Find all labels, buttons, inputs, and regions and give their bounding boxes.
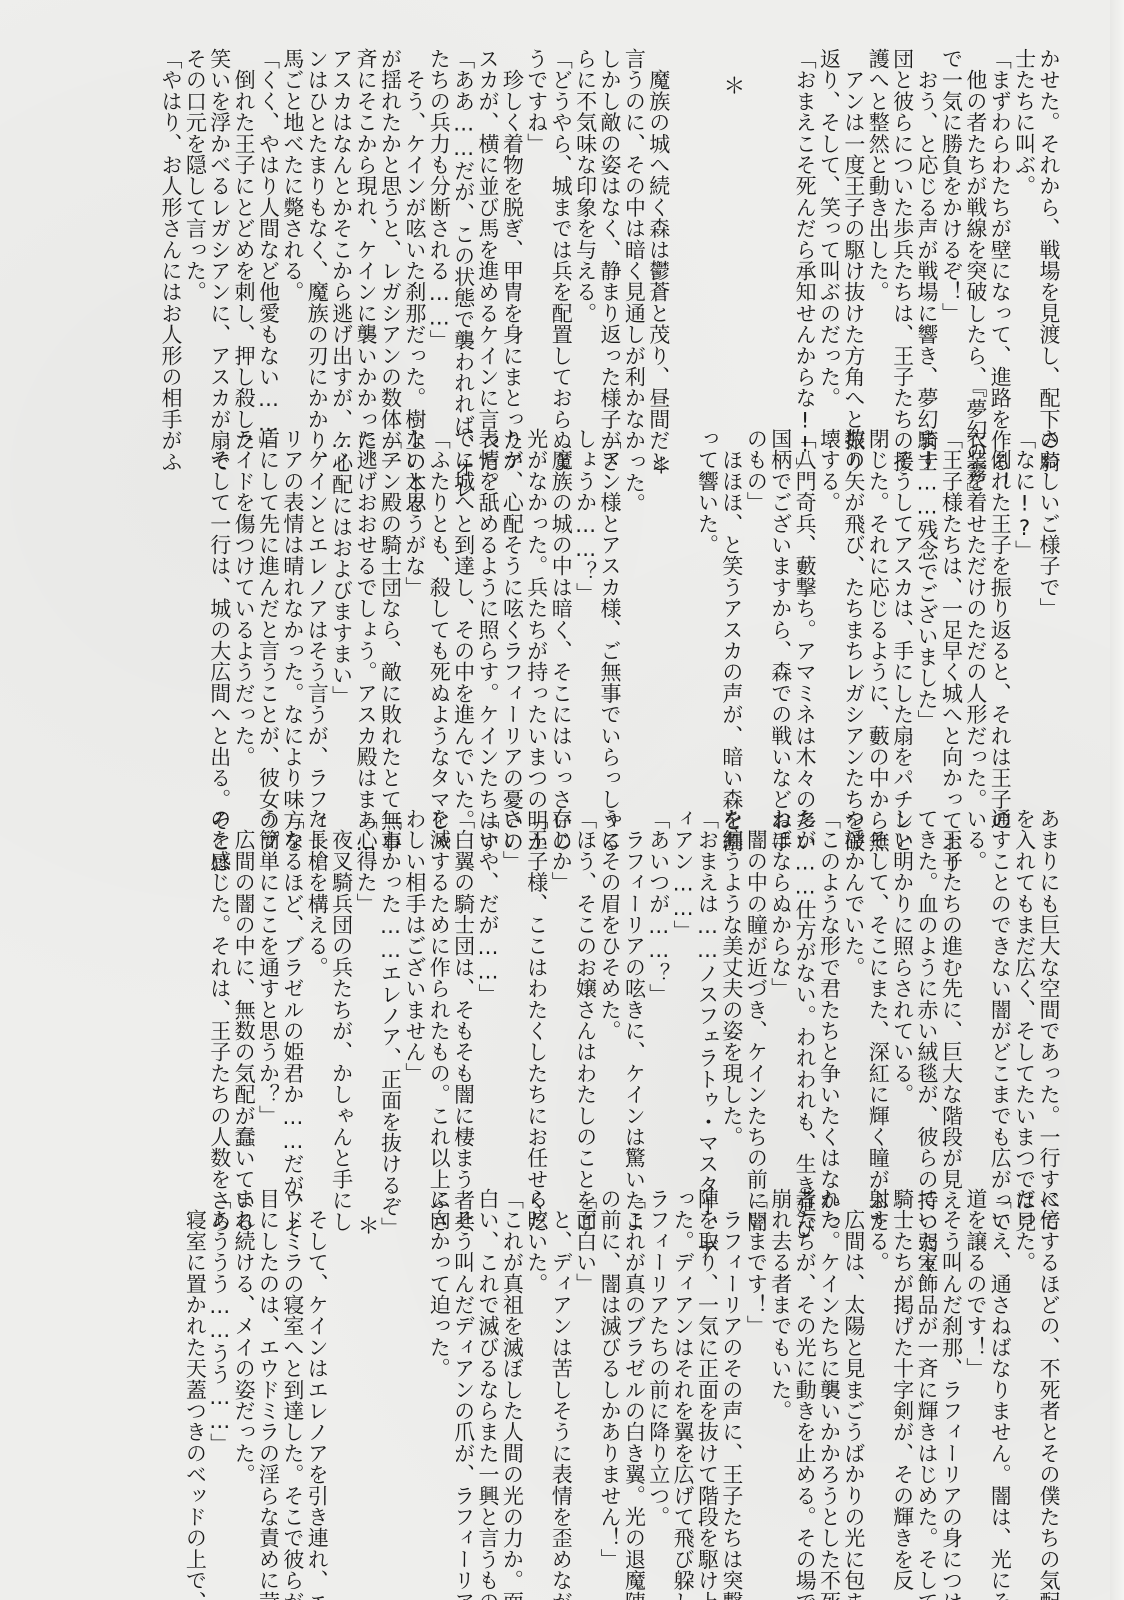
text-column: うですね」: [524, 48, 548, 413]
text-column: 「八門奇兵、藪撃ち。アマミネは木々の多い: [793, 428, 817, 793]
text-column: 「なるほど、ブラゼルの姫君か……だが、そ: [281, 808, 305, 1173]
text-column: 返り、そして、笑って叫ぶのだった。: [817, 48, 841, 413]
text-column: 「やはり、お人形さんにはお人形の相手がふ: [159, 48, 183, 413]
text-column: 目にしたのは、エウドミラの淫らな責めに苛: [256, 1188, 280, 1553]
section-break-asterisk: ＊: [354, 1188, 378, 1553]
blank-line: [402, 1188, 426, 1553]
text-column: そう叫んだディアンの爪が、ラフィーリア: [451, 1188, 475, 1553]
text-column: 馬ごと地べたに斃される。: [281, 48, 305, 413]
text-column: れた。ケインたちに襲いかかろうとした不死: [817, 1188, 841, 1553]
text-column: 「ふたりとも、殺しても死ぬようなタマじゃ: [427, 428, 451, 793]
text-column: 珍しく着物を脱ぎ、甲冑を身にまとったア: [500, 48, 524, 413]
text-column: 広間は、太陽と見まごうばかりの光に包ま: [841, 1188, 865, 1553]
text-tier-2: さわしいご様子で」「なに!?」 倒れた王子を振り返ると、それは王子の衣装を着せた…: [86, 428, 1061, 793]
text-column: に逃げおおせるでしょう。アスカ殿はまあ…: [354, 428, 378, 793]
text-column: 団と彼らについた歩兵たちは、王子たちの援: [890, 48, 914, 413]
text-column: ほほほ、と笑うアスカの声が、暗い森を割: [720, 428, 744, 793]
section-break-asterisk: ＊: [646, 428, 670, 793]
text-column: 倒れた王子を振り返ると、それは王子の: [988, 428, 1012, 793]
text-column: 闇の中の瞳が近づき、ケインたちの前に闇: [744, 808, 768, 1173]
text-column: スカが、横に並び馬を進めるケインに言った。: [476, 48, 500, 413]
text-column: 盾にして先に進んだと言うことが、彼女のプ: [256, 428, 280, 793]
blank-line: [768, 48, 792, 413]
blank-line: [378, 1188, 402, 1553]
text-column: のもの」: [744, 428, 768, 793]
blank-line: [671, 428, 695, 793]
text-column: を滅するために作られたもの。これ以上ふさ: [427, 808, 451, 1173]
text-column: と、ディアンは苦しそうに表情を歪めなが: [549, 1188, 573, 1553]
text-column: そして一行は、城の大広間へと出る。そこは: [207, 428, 231, 793]
text-column: 「王子様たちは、一足早く城へと向かっており: [939, 428, 963, 793]
text-column: ていた宝飾品が一斉に輝きはじめた。そして、: [915, 1188, 939, 1553]
text-column: の前に、闇は滅びるしかありません！」: [598, 1188, 622, 1553]
text-column: …心配にはおよびますまい」: [329, 428, 353, 793]
text-column: 者たちが、その光に動きを止める。その場で、: [793, 1188, 817, 1553]
text-column: が揺れたかと思うと、レガシアンの数体が一: [378, 48, 402, 413]
text-column: そして、そこにまた、深紅に輝く瞳がふた: [866, 808, 890, 1173]
text-column: って響いた。: [695, 428, 719, 793]
text-column: りが、心配そうに呟くラフィーリアの憂いの: [500, 428, 524, 793]
text-column: ケインとエレノアはそう言うが、ラフィー: [305, 428, 329, 793]
text-column: さい」: [500, 808, 524, 1173]
text-column: だった。: [1012, 1188, 1036, 1553]
text-column: に向かって迫った。: [427, 1188, 451, 1553]
text-column: 道を譲るのです！」: [963, 1188, 987, 1553]
text-column: 「これが真祖を滅ぼした人間の光の力か。面: [500, 1188, 524, 1553]
text-column: おう、と応じる声が戦場に響き、夢幻騎士: [915, 48, 939, 413]
text-column: 「どうやら、城までは兵を配置しておらぬよ: [549, 48, 573, 413]
text-column: いる。: [963, 808, 987, 1173]
text-column: ラフィーリアたちの前に降り立つ。: [646, 1188, 670, 1553]
blank-line: [329, 1188, 353, 1553]
text-column: 「おまえは……ノスフェラトゥ・マスター、デ: [695, 808, 719, 1173]
text-column: 「面白い」: [573, 1188, 597, 1553]
text-column: 「わかった……エレノア、正面を抜けるぞ」: [378, 808, 402, 1173]
text-column: で一気に勝負をかけるぞ！」: [939, 48, 963, 413]
section-break-asterisk: ＊: [720, 48, 744, 413]
text-column: 魔族の城の中は暗く、そこにはいっさいの: [549, 428, 573, 793]
text-column: 「なに!?」: [1012, 428, 1036, 793]
text-column: 光がなかった。兵たちが持ったいまつの明か: [524, 428, 548, 793]
text-column: でに城へと到達し、その中を進んでいた。: [451, 428, 475, 793]
text-column: 通すことのできない闇がどこまでも広がって: [988, 808, 1012, 1173]
text-column: 閉じた。それに応じるように、藪の中から無: [866, 428, 890, 793]
text-column: あまりにも巨大な空間であった。一行すべて: [1037, 808, 1061, 1173]
text-column: 斉にそこから現れ、ケインに襲いかかった。: [354, 48, 378, 413]
text-column: かせた。それから、戦場を見渡し、配下の騎: [1037, 48, 1061, 413]
text-column: そして、ケインはエレノアを引き連れ、エ: [305, 1188, 329, 1553]
text-column: リアの表情は晴れなかった。なにより味方を: [281, 428, 305, 793]
text-column: まれ続ける、メイの姿だった。: [232, 1188, 256, 1553]
text-column: た長槍を構える。: [305, 808, 329, 1173]
text-column: のを感じた。それは、王子たちの人数をさら: [207, 808, 231, 1173]
text-column: ラフィーリアのその声に、王子たちは突撃: [720, 1188, 744, 1553]
text-column: らに不気味な印象を与える。: [573, 48, 597, 413]
text-column: ら呟いた。: [524, 1188, 548, 1553]
text-column: 他の者たちが戦線を突破したら、『夢幻の霧』: [963, 48, 987, 413]
text-column: 「このような形で君たちと争いたくはなかっ: [817, 808, 841, 1173]
text-column: 笑いを浮かべるレガシアンに、アスカが扇で: [207, 48, 231, 413]
text-column: に倍するほどの、不死者とその僕たちの気配: [1037, 1188, 1061, 1553]
text-column: 「いえ、通さねばなりません。闇は、光にその: [988, 1188, 1012, 1553]
text-column: 「これが真のブラゼルの白き翼。光の退魔陣: [622, 1188, 646, 1553]
text-column: 「白翼の騎士団は、そもそも闇に棲まう者共: [451, 808, 475, 1173]
text-column: 「あううう……うう……」: [207, 1188, 231, 1553]
blank-line: [671, 48, 695, 413]
text-column: 崩れ去る者までもいた。: [768, 1188, 792, 1553]
text-column: 護へと整然と動き出した。: [866, 48, 890, 413]
text-column: そう叫んだ刹那、ラフィーリアの身につけ: [939, 1188, 963, 1553]
text-column: 「心得た」: [354, 808, 378, 1173]
text-column: わしい相手はございません」: [402, 808, 426, 1173]
page-edge: [1110, 0, 1124, 1600]
text-column: 「ほう、そこのお嬢さんはわたしのことをご: [573, 808, 597, 1173]
text-column: ウドミラの寝室へと到達した。そこで彼らが: [281, 1188, 305, 1553]
text-column: 衣装を着せただけのただの人形だった。: [963, 428, 987, 793]
text-column: アスカはなんとかそこから逃げ出すが、ケイ: [329, 48, 353, 413]
text-column: ィアン……」: [671, 808, 695, 1173]
text-column: 「アン様とアスカ様、ご無事でいらっしゃる: [598, 428, 622, 793]
text-column: 数の矢が飛び、たちまちレガシアンたちを破: [841, 428, 865, 793]
text-column: アンは一度王子の駆け抜けた方角へと振り: [841, 48, 865, 413]
text-column: を入れてもまだ広く、そしてたいまつでは見: [1012, 808, 1036, 1173]
text-column: ないと思うがな」: [402, 428, 426, 793]
text-column: う簡単にここを通すと思うか？」: [256, 808, 280, 1173]
text-column: しょうか……？」: [573, 428, 597, 793]
text-column: つ浮かんでいた。: [841, 808, 865, 1173]
text-column: 「ああ……だが、この状態で襲われれば、オレ: [451, 48, 475, 413]
text-column: 寝室に置かれた天蓋つきのベッドの上で、: [183, 1188, 207, 1553]
text-column: たが……仕方がない。われわれも、生き延び: [793, 808, 817, 1173]
text-column: そう、ケインが呟いた刹那だった。樹上の木々: [402, 48, 426, 413]
text-column: 「くく、やはり人間など他愛もない……」: [256, 48, 280, 413]
blank-line: [622, 428, 646, 793]
blank-line: [695, 48, 719, 413]
text-column: 「いや、だが……」: [476, 808, 500, 1173]
text-column: 「おまえこそ死んだら承知せんからな!!」: [793, 48, 817, 413]
text-column: った。ディアンはそれを翼を広げて飛び躱し、: [671, 1188, 695, 1553]
text-column: たちの兵力も分断される……」: [427, 48, 451, 413]
text-column: てきた。血のように赤い絨毯が、彼らの持つ弱々: [915, 808, 939, 1173]
text-column: 陣を取り、一気に正面を抜けて階段を駆け上: [695, 1188, 719, 1553]
text-tier-3: あまりにも巨大な空間であった。一行すべてを入れてもまだ広く、そしてたいまつでは見…: [86, 808, 1061, 1173]
text-column: うにその眉をひそめた。: [598, 808, 622, 1173]
text-column: そうしてアスカは、手にした扇をパチンと: [890, 428, 914, 793]
text-column: 倒れた王子にとどめを刺し、押し殺した: [232, 48, 256, 413]
text-column: 「まずわらわたちが壁になって、進路を作る！: [988, 48, 1012, 413]
text-column: ねばならぬからな」: [768, 808, 792, 1173]
text-column: 「王子様、ここはわたくしたちにお任せくだ: [524, 808, 548, 1173]
text-column: 言うのに、その中は暗く見通しが利かなかった。: [622, 48, 646, 413]
text-column: ライドを傷つけているようだった。: [232, 428, 256, 793]
text-column: 「あいつが……？」: [646, 808, 670, 1173]
text-tier-1: かせた。それから、戦場を見渡し、配下の騎士たちに叫ぶ。「まずわらわたちが壁になっ…: [86, 48, 1061, 413]
text-column: 「アン殿の騎士団なら、敵に敗れたとて無事: [378, 428, 402, 793]
text-column: 射する。: [866, 1188, 890, 1553]
text-column: その口元を隠して言った。: [183, 48, 207, 413]
blank-line: [744, 48, 768, 413]
text-column: 士たちに叫ぶ。: [1012, 48, 1036, 413]
text-column: 騎士たちが掲げた十字剣が、その輝きを反: [890, 1188, 914, 1553]
text-column: 壊する。: [817, 428, 841, 793]
text-column: 王子たちの進む先に、巨大な階段が見え: [939, 808, 963, 1173]
text-column: 夜叉騎兵団の兵たちが、かしゃんと手にし: [329, 808, 353, 1173]
text-column: 魔族の城へ続く森は鬱蒼と茂り、昼間だと: [646, 48, 670, 413]
text-column: 存じか」: [549, 808, 573, 1173]
text-column: 表情を舐めるように照らす。ケインたちはす: [476, 428, 500, 793]
text-column: しかし敵の姿はなく、静まり返った様子がさ: [598, 48, 622, 413]
text-column: 国柄でございますから、森での戦いなどお手: [768, 428, 792, 793]
text-column: を纏うような美丈夫の姿を現した。: [720, 808, 744, 1173]
text-column: 「いまです！」: [744, 1188, 768, 1553]
text-column: 広間の闇の中に、無数の気配が蠢いている: [232, 808, 256, 1173]
text-column: 白い、これで滅びるならまた一興と言うもの！」: [476, 1188, 500, 1553]
text-column: ンはひとたまりもなく、魔族の刃にかかり、: [305, 48, 329, 413]
text-column: さわしいご様子で」: [1037, 428, 1061, 793]
text-column: しい明かりに照らされている。: [890, 808, 914, 1173]
text-tier-4: に倍するほどの、不死者とその僕たちの気配だった。「いえ、通さねばなりません。闇は…: [86, 1188, 1061, 1553]
text-column: ラフィーリアの呟きに、ケインは驚いたよ: [622, 808, 646, 1173]
text-column: ます……残念でございました」: [915, 428, 939, 793]
